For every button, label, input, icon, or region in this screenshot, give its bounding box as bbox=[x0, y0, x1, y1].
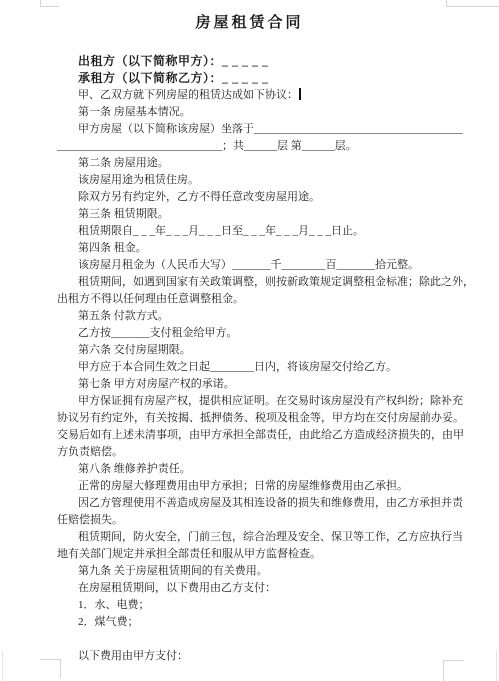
doc-line[interactable]: 甲方应于本合同生效之日起________日内，将该房屋交付给乙方。 bbox=[57, 359, 457, 376]
margin-crop-mark-top-left bbox=[40, 0, 59, 7]
doc-line-list-item-2[interactable]: 2．煤气费； bbox=[57, 614, 457, 631]
doc-line[interactable]: 乙方按_______支付租金给甲方。 bbox=[57, 325, 457, 342]
doc-line[interactable]: 甲方房屋（以下简称该房屋）坐落于________________________… bbox=[57, 121, 457, 138]
doc-line-clause-3[interactable]: 第三条 租赁期限。 bbox=[57, 206, 457, 223]
doc-line-clause-7[interactable]: 第七条 甲方对房屋产权的承诺。 bbox=[57, 376, 457, 393]
doc-line-lessor[interactable]: 出租方（以下简称甲方）：_ _ _ _ _ bbox=[57, 53, 457, 70]
doc-line-agreement-intro[interactable]: 甲、乙双方就下列房屋的租赁达成如下协议： bbox=[57, 87, 457, 104]
doc-line[interactable]: 正常的房屋大修理费用由甲方承担；日常的房屋维修费用由乙承担。 bbox=[57, 478, 457, 495]
text-cursor bbox=[299, 88, 301, 100]
page-edge-right bbox=[496, 651, 497, 681]
document-page[interactable]: 房屋租赁合同 出租方（以下简称甲方）：_ _ _ _ _ 承租方（以下简称乙方）… bbox=[0, 0, 499, 681]
document-body[interactable]: 出租方（以下简称甲方）：_ _ _ _ _ 承租方（以下简称乙方）：_ _ _ … bbox=[57, 53, 457, 665]
margin-crop-mark-top-right bbox=[446, 0, 499, 7]
doc-line-clause-6[interactable]: 第六条 交付房屋期限。 bbox=[57, 342, 457, 359]
doc-line-clause-9[interactable]: 第九条 关于房屋租赁期间的有关费用。 bbox=[57, 563, 457, 580]
doc-line-clause-2[interactable]: 第二条 房屋用途。 bbox=[57, 155, 457, 172]
doc-line-clause-1[interactable]: 第一条 房屋基本情况。 bbox=[57, 104, 457, 121]
doc-line[interactable]: ______________________________；共______层 … bbox=[57, 138, 457, 155]
doc-line[interactable]: 在房屋租赁期间，以下费用由乙方支付： bbox=[57, 580, 457, 597]
doc-line[interactable]: 出租方不得以任何理由任意调整租金。 bbox=[57, 291, 457, 308]
doc-line[interactable]: 方负责赔偿。 bbox=[57, 444, 457, 461]
doc-line[interactable]: 以下费用由甲方支付： bbox=[57, 648, 457, 665]
doc-line[interactable]: 交易后如有上述未清事项，由甲方承担全部责任，由此给乙方造成经济损失的，由甲 bbox=[57, 427, 457, 444]
doc-line[interactable]: 租赁期限自_ _ _年_ _ _月_ _ _日至_ _ _年_ _ _月_ _ … bbox=[57, 223, 457, 240]
doc-line-clause-5[interactable]: 第五条 付款方式。 bbox=[57, 308, 457, 325]
doc-line[interactable]: 该房屋月租金为（人民币大写）_______千________百_______拾元… bbox=[57, 257, 457, 274]
doc-line[interactable]: 地有关部门规定并承担全部责任和服从甲方监督检查。 bbox=[57, 546, 457, 563]
doc-line-text: 甲、乙双方就下列房屋的租赁达成如下协议： bbox=[78, 89, 298, 101]
doc-line[interactable]: 协议另有约定外，有关按揭、抵押债务、税项及租金等，甲方均在交付房屋前办妥。 bbox=[57, 410, 457, 427]
document-title: 房屋租赁合同 bbox=[0, 11, 499, 32]
doc-line[interactable]: 该房屋用途为租赁住房。 bbox=[57, 172, 457, 189]
doc-line-blank[interactable] bbox=[57, 631, 457, 648]
doc-line[interactable]: 任赔偿损失。 bbox=[57, 512, 457, 529]
doc-line[interactable]: 因乙方管理使用不善造成房屋及其相连设备的损失和维修费用，由乙方承担并责 bbox=[57, 495, 457, 512]
page-edge-left bbox=[2, 651, 3, 681]
doc-line[interactable]: 除双方另有约定外，乙方不得任意改变房屋用途。 bbox=[57, 189, 457, 206]
doc-line[interactable]: 租赁期间，防火安全，门前三包，综合治理及安全、保卫等工作，乙方应执行当 bbox=[57, 529, 457, 546]
doc-line-lessee[interactable]: 承租方（以下简称乙方）：_ _ _ _ _ bbox=[57, 70, 457, 87]
doc-line[interactable]: 租赁期间，如遇到国家有关政策调整，则按新政策规定调整租金标准；除此之外， bbox=[57, 274, 457, 291]
doc-line-clause-4[interactable]: 第四条 租金。 bbox=[57, 240, 457, 257]
doc-line[interactable]: 甲方保证拥有房屋产权，提供相应证明。在交易时该房屋没有产权纠纷；除补充 bbox=[57, 393, 457, 410]
doc-line-list-item-1[interactable]: 1．水、电费； bbox=[57, 597, 457, 614]
doc-line-clause-8[interactable]: 第八条 维修养护责任。 bbox=[57, 461, 457, 478]
